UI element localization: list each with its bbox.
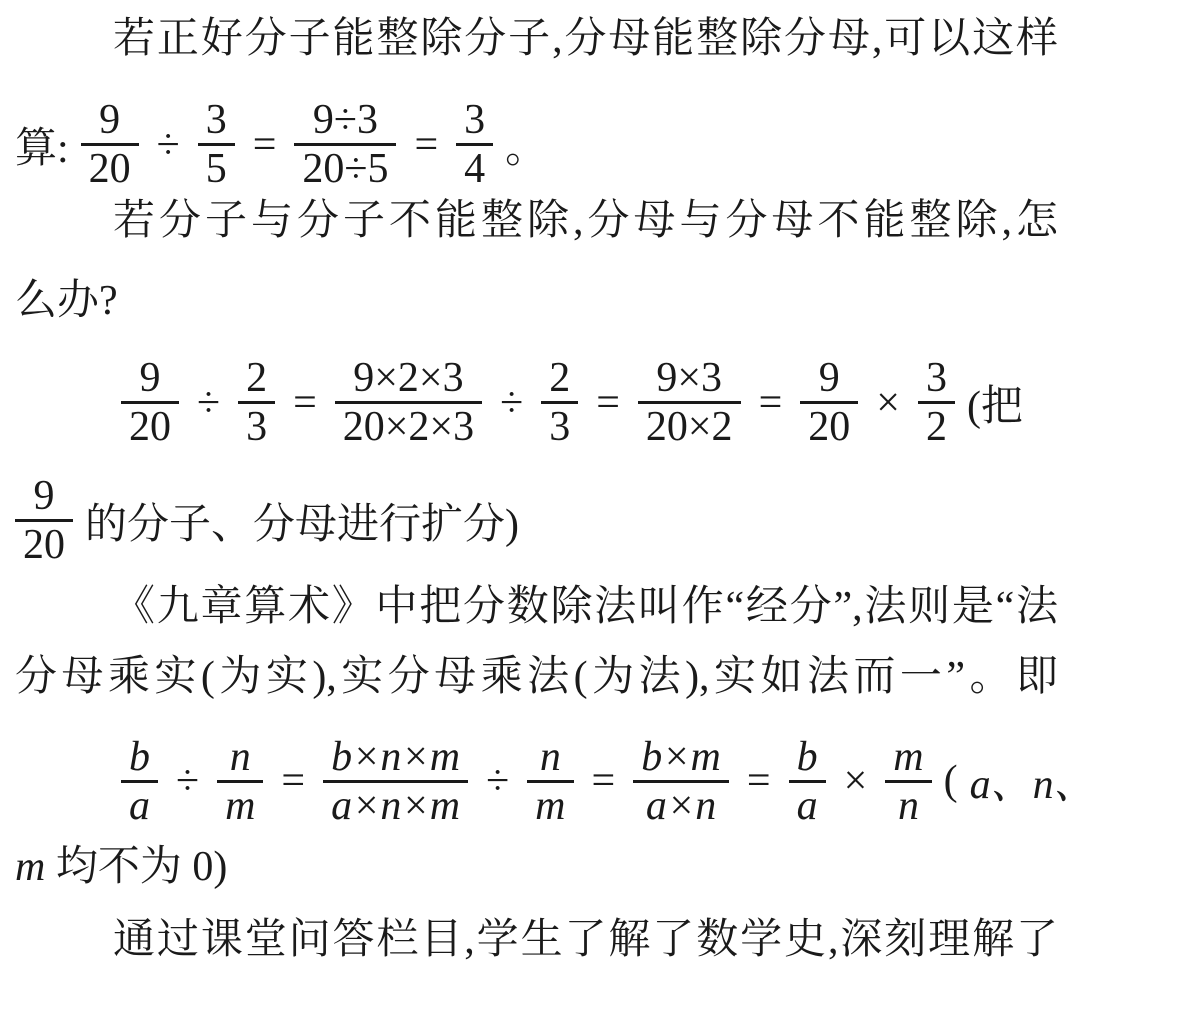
fraction-numerator: 3 [918, 355, 955, 401]
fraction-numerator: 9×3 [638, 355, 741, 401]
fraction-numerator: 2 [238, 355, 275, 401]
equals-operator: = [592, 757, 616, 805]
fraction-denominator: a [121, 780, 158, 829]
paragraph-1-line-1: 若正好分子能整除分子,分母能整除分母,可以这样 [15, 14, 1058, 64]
fraction: b×n×m a×n×m [323, 734, 468, 829]
fraction-denominator: m [527, 780, 573, 829]
fraction-numerator: n [527, 734, 573, 780]
paragraph-5-line-2: m 均不为 0) [15, 842, 1058, 892]
fraction-denominator: 3 [238, 401, 275, 450]
fraction-numerator: 9 [121, 355, 179, 401]
fraction-denominator: 3 [541, 401, 578, 450]
fraction: 9×3 20×2 [638, 355, 741, 450]
fraction: 9 20 [121, 355, 179, 450]
fraction: 3 2 [918, 355, 955, 450]
fraction-denominator: 4 [456, 143, 493, 192]
fraction-denominator: 20÷5 [294, 143, 396, 192]
fraction-numerator: 9 [800, 355, 858, 401]
fraction: b a [121, 734, 158, 829]
fraction-numerator: 9÷3 [294, 97, 396, 143]
fraction-denominator: 5 [198, 143, 235, 192]
fraction-numerator: 2 [541, 355, 578, 401]
fraction: b a [789, 734, 826, 829]
fraction-denominator: 20 [800, 401, 858, 450]
fraction: b×m a×n [633, 734, 729, 829]
divide-operator: ÷ [157, 121, 180, 169]
fraction: 3 4 [456, 97, 493, 192]
equals-operator: = [414, 121, 438, 169]
equals-operator: = [759, 379, 783, 427]
fraction-denominator: 20 [81, 143, 139, 192]
fraction: m n [885, 734, 931, 829]
equals-operator: = [253, 121, 277, 169]
fraction-denominator: n [885, 780, 931, 829]
fraction-denominator: a×n [633, 780, 729, 829]
multiply-operator: × [876, 379, 900, 427]
paragraph-2-line-2: 么办? [15, 276, 1058, 326]
equation-lead-text: 算: [15, 115, 69, 175]
fraction-numerator: b×m [633, 734, 729, 780]
fraction-numerator: b [121, 734, 158, 780]
paragraph-4-line-2: 分母乘实(为实),实分母乘法(为法),实如法而一”。即 [15, 652, 1058, 702]
fraction: 9÷3 20÷5 [294, 97, 396, 192]
fraction-numerator: 3 [456, 97, 493, 143]
fraction-numerator: b×n×m [323, 734, 468, 780]
fraction: 9 20 [81, 97, 139, 192]
equation-line-1: 算: 9 20 ÷ 3 5 = 9÷3 20÷5 = 3 4 。 [15, 97, 1058, 192]
equals-operator: = [747, 757, 771, 805]
parenthesis-open: ( [944, 757, 958, 805]
divide-operator: ÷ [486, 757, 509, 805]
fraction: 9 20 [800, 355, 858, 450]
fraction-numerator: n [217, 734, 263, 780]
fraction: n m [217, 734, 263, 829]
paragraph-6-line-1: 通过课堂问答栏目,学生了解了数学史,深刻理解了 [15, 915, 1058, 965]
equation-line-3: b a ÷ n m = b×n×m a×n×m ÷ n m = b×m a×n … [15, 734, 1058, 829]
fraction: 3 5 [198, 97, 235, 192]
fraction-denominator: m [217, 780, 263, 829]
divide-operator: ÷ [176, 757, 199, 805]
parenthesis-note-start: (把 [967, 373, 1023, 433]
fraction-numerator: 9 [81, 97, 139, 143]
fraction-numerator: 9×2×3 [335, 355, 482, 401]
fraction-denominator: 20×2×3 [335, 401, 482, 450]
fraction: n m [527, 734, 573, 829]
paragraph-4-line-1: 《九章算术》中把分数除法叫作“经分”,法则是“法 [15, 582, 1058, 632]
divide-operator: ÷ [197, 379, 220, 427]
fraction-numerator: m [885, 734, 931, 780]
fraction-denominator: a×n×m [323, 780, 468, 829]
equals-operator: = [596, 379, 620, 427]
page: 若正好分子能整除分子,分母能整除分母,可以这样 算: 9 20 ÷ 3 5 = … [0, 0, 1058, 965]
divide-operator: ÷ [500, 379, 523, 427]
condition-text: 均不为 0) [45, 844, 227, 890]
variable-list: a、n、 [970, 751, 1096, 811]
equals-operator: = [281, 757, 305, 805]
fraction-denominator: a [789, 780, 826, 829]
fraction: 2 3 [238, 355, 275, 450]
fraction-denominator: 20 [121, 401, 179, 450]
fraction: 9 20 [15, 473, 73, 568]
multiply-operator: × [844, 757, 868, 805]
period-mark: 。 [505, 115, 547, 175]
fraction: 2 3 [541, 355, 578, 450]
paragraph-2-line-1: 若分子与分子不能整除,分母与分母不能整除,怎 [15, 196, 1058, 246]
equation-line-2: 9 20 ÷ 2 3 = 9×2×3 20×2×3 ÷ 2 3 = 9×3 20… [15, 355, 1058, 450]
fraction-numerator: b [789, 734, 826, 780]
fraction-denominator: 20×2 [638, 401, 741, 450]
fraction-numerator: 9 [15, 473, 73, 519]
fraction-numerator: 3 [198, 97, 235, 143]
variable-m: m [15, 844, 45, 890]
paragraph-3-line-2: 9 20 的分子、分母进行扩分) [15, 473, 1058, 568]
fraction: 9×2×3 20×2×3 [335, 355, 482, 450]
fraction-denominator: 2 [918, 401, 955, 450]
fraction-denominator: 20 [15, 519, 73, 568]
note-text: 的分子、分母进行扩分) [85, 491, 519, 551]
equals-operator: = [293, 379, 317, 427]
